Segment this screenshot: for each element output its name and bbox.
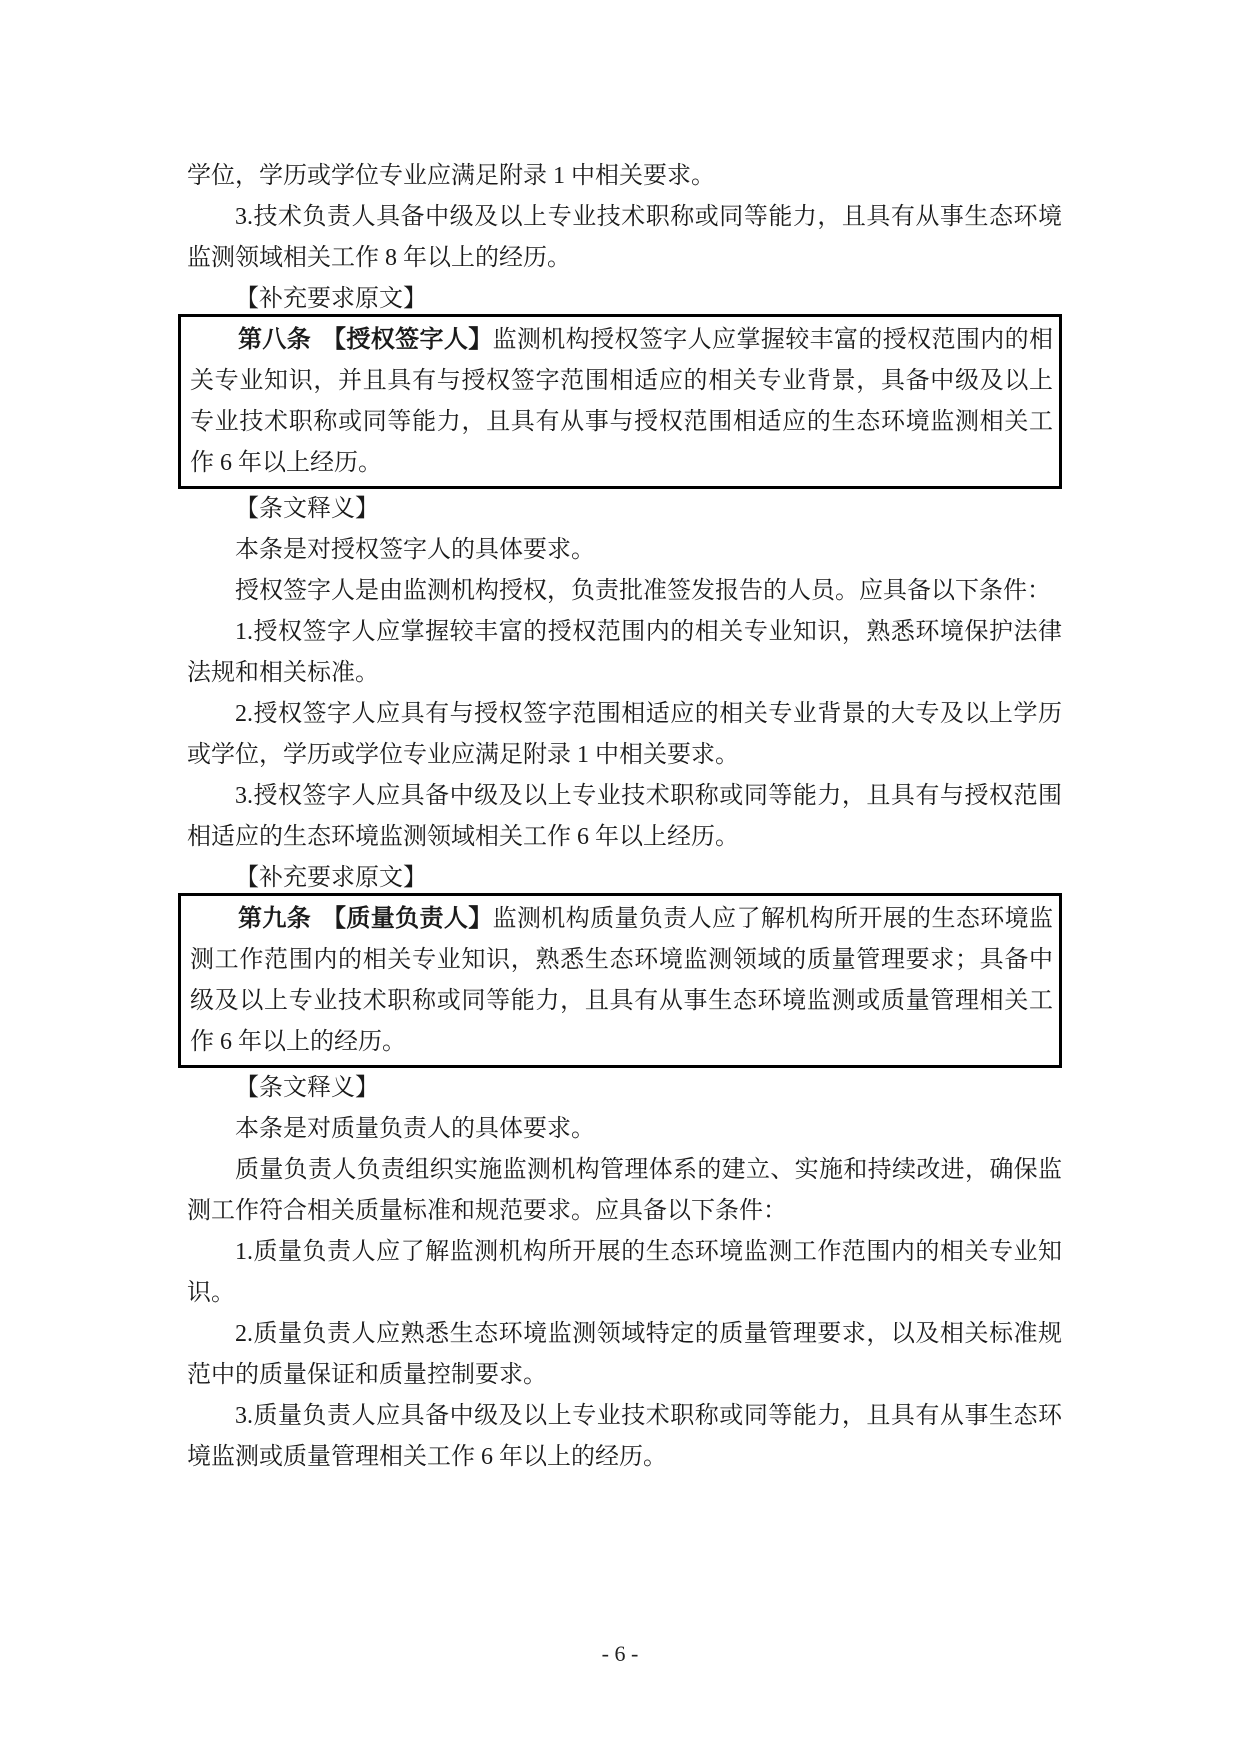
interpretation-heading-signatory: 【条文释义】 bbox=[187, 489, 1062, 530]
article-9-title: 【质量负责人】 bbox=[322, 906, 493, 932]
article-8-paragraph: 第八条【授权签字人】监测机构授权签字人应掌握较丰富的授权范围内的相关专业知识，并… bbox=[190, 320, 1053, 484]
document-page: 学位，学历或学位专业应满足附录 1 中相关要求。 3.技术负责人具备中级及以上专… bbox=[0, 0, 1240, 1753]
article-box-9: 第九条【质量负责人】监测机构质量负责人应了解机构所开展的生态环境监测工作范围内的… bbox=[178, 893, 1062, 1068]
signatory-paragraph-3: 1.授权签字人应掌握较丰富的授权范围内的相关专业知识，熟悉环境保护法律法规和相关… bbox=[187, 612, 1062, 694]
article-9-paragraph: 第九条【质量负责人】监测机构质量负责人应了解机构所开展的生态环境监测工作范围内的… bbox=[190, 899, 1053, 1063]
quality-paragraph-5: 3.质量负责人应具备中级及以上专业技术职称或同等能力，且具有从事生态环境监测或质… bbox=[187, 1396, 1062, 1478]
page-number: - 6 - bbox=[0, 1640, 1240, 1668]
quality-paragraph-4: 2.质量负责人应熟悉生态环境监测领域特定的质量管理要求，以及相关标准规范中的质量… bbox=[187, 1314, 1062, 1396]
intro-item3-paragraph: 3.技术负责人具备中级及以上专业技术职称或同等能力，且具有从事生态环境监测领域相… bbox=[187, 197, 1062, 279]
article-8-title: 【授权签字人】 bbox=[322, 327, 493, 353]
quality-paragraph-2: 质量负责人负责组织实施监测机构管理体系的建立、实施和持续改进，确保监测工作符合相… bbox=[187, 1150, 1062, 1232]
article-9-body: 监测机构质量负责人应了解机构所开展的生态环境监测工作范围内的相关专业知识，熟悉生… bbox=[190, 906, 1053, 1055]
quality-paragraph-1: 本条是对质量负责人的具体要求。 bbox=[187, 1109, 1062, 1150]
article-box-8: 第八条【授权签字人】监测机构授权签字人应掌握较丰富的授权范围内的相关专业知识，并… bbox=[178, 314, 1062, 489]
signatory-paragraph-4: 2.授权签字人应具有与授权签字范围相适应的相关专业背景的大专及以上学历或学位，学… bbox=[187, 694, 1062, 776]
signatory-paragraph-1: 本条是对授权签字人的具体要求。 bbox=[187, 530, 1062, 571]
quality-paragraph-3: 1.质量负责人应了解监测机构所开展的生态环境监测工作范围内的相关专业知识。 bbox=[187, 1232, 1062, 1314]
article-8-body: 监测机构授权签字人应掌握较丰富的授权范围内的相关专业知识，并且具有与授权签字范围… bbox=[190, 327, 1053, 476]
signatory-paragraph-5: 3.授权签字人应具备中级及以上专业技术职称或同等能力，且具有与授权范围相适应的生… bbox=[187, 776, 1062, 858]
article-8-number: 第八条 bbox=[238, 327, 311, 353]
article-9-number: 第九条 bbox=[238, 906, 311, 932]
interpretation-heading-quality: 【条文释义】 bbox=[187, 1068, 1062, 1109]
signatory-paragraph-2: 授权签字人是由监测机构授权，负责批准签发报告的人员。应具备以下条件： bbox=[187, 571, 1062, 612]
intro-continuation-paragraph: 学位，学历或学位专业应满足附录 1 中相关要求。 bbox=[187, 156, 1062, 197]
